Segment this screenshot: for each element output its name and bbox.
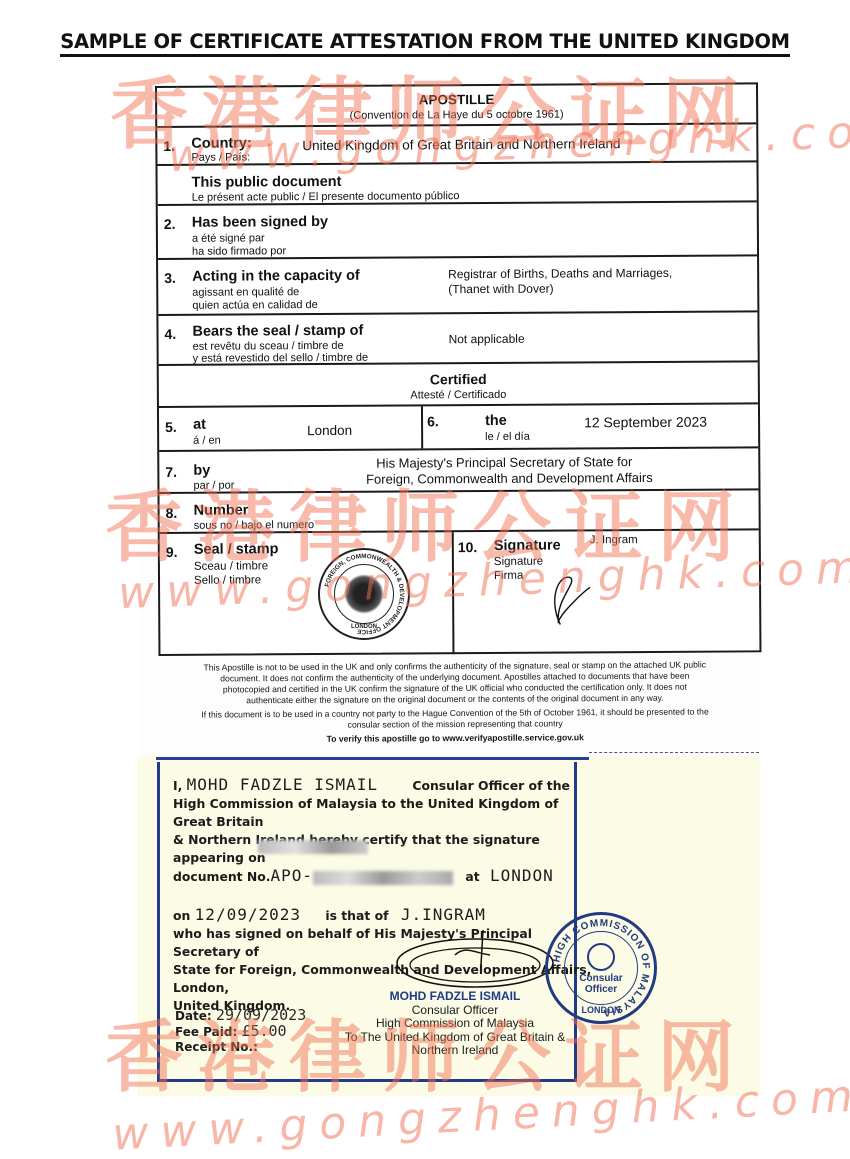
consular-text: & Northern Ireland hereby certify that t… <box>173 831 593 867</box>
signature-icon <box>538 569 598 629</box>
consular-box-top-border <box>156 757 589 760</box>
field-seal-signature: 9. Seal / stamp Sceau / timbre Sello / t… <box>160 530 760 656</box>
date-value: 12 September 2023 <box>584 414 707 431</box>
by-value: His Majesty's Principal Secretary of Sta… <box>339 454 669 471</box>
field-sublabel: ha sido firmado por <box>192 245 286 259</box>
field-sublabel: le / el día <box>485 431 530 444</box>
on-label: on <box>173 908 190 923</box>
document-number-line: document No.APO- at LONDON <box>173 867 593 886</box>
receipt-label: Receipt No.: <box>175 1040 258 1054</box>
date-label: Date: <box>175 1009 212 1023</box>
field-number: 1. <box>163 138 175 154</box>
stamp-organization: High Commission of Malaysia <box>330 1017 580 1031</box>
at-label: at <box>465 869 479 884</box>
date-signer-line: on 12/09/2023 is that of J.INGRAM <box>173 906 593 925</box>
field-number: 2. <box>164 216 176 232</box>
field-sublabel: Le présent acte public / El presente doc… <box>192 190 460 205</box>
page-title: SAMPLE OF CERTIFICATE ATTESTATION FROM T… <box>0 30 850 53</box>
signature-name: J. Ingram <box>590 534 638 546</box>
field-country: 1. Country: Pays / País: United Kingdom … <box>157 124 756 166</box>
svg-text:FOREIGN, COMMONWEALTH & DEVELO: FOREIGN, COMMONWEALTH & DEVELOPMENT OFFI… <box>324 553 405 635</box>
apostille-note-hague: If this document is to be used in a coun… <box>200 706 710 731</box>
stamp-to-2: Northern Ireland <box>330 1044 580 1058</box>
field-number: 4. <box>164 326 176 342</box>
seal-officer: Officer <box>548 984 654 995</box>
field-sublabel: Signature <box>494 556 543 569</box>
field-number: 5. <box>165 419 177 435</box>
field-label: Seal / stamp <box>194 541 279 558</box>
receipt-line: Receipt No.: <box>175 1040 306 1055</box>
is-that-of-label: is that of <box>325 908 388 923</box>
intro-prefix: I, <box>173 778 182 793</box>
svg-text:HIGH COMMISSION OF MALAYSIA: HIGH COMMISSION OF MALAYSIA <box>551 918 651 1018</box>
at-value: London <box>307 423 352 438</box>
field-sublabel: á / en <box>193 435 221 448</box>
apostille-title: APOSTILLE <box>157 90 756 109</box>
field-capacity: 3. Acting in the capacity of agissant en… <box>158 256 757 316</box>
country-value: United Kingdom of Great Britain and Nort… <box>302 136 620 153</box>
seal-middle-text: Consular Officer <box>548 973 654 995</box>
redacted-number <box>313 871 453 885</box>
apostille-notes: This Apostille is not to be used in the … <box>200 659 711 748</box>
field-label: the <box>485 413 507 429</box>
field-number: 9. <box>166 544 178 560</box>
field-label: at <box>193 417 206 433</box>
field-public-document: This public document Le présent acte pub… <box>157 162 756 206</box>
document-no-label: document No. <box>173 869 271 884</box>
field-number: 10. <box>458 539 478 555</box>
stamp-officer-name: MOHD FADZLE ISMAIL <box>330 990 580 1004</box>
field-label: Acting in the capacity of <box>192 268 360 285</box>
seal-of-value: Not applicable <box>449 332 525 346</box>
sheet-edge <box>589 752 759 753</box>
stamp-to: To The United Kingdom of Great Britain & <box>330 1031 580 1045</box>
field-label: Signature <box>494 538 561 554</box>
field-sublabel: par / por <box>193 480 234 493</box>
field-sublabel: Firma <box>494 570 523 583</box>
apostille-form: APOSTILLE (Convention de La Haye du 5 oc… <box>155 82 761 656</box>
field-sublabel: agissant en qualité de <box>192 286 299 300</box>
fee-value: £5.00 <box>241 1022 286 1040</box>
field-at-the: 5. at á / en London 6. the le / el día 1… <box>159 404 758 452</box>
malaysia-high-commission-seal-icon: HIGH COMMISSION OF MALAYSIA LONDON Consu… <box>545 912 657 1024</box>
redacted-number-2 <box>258 840 368 854</box>
field-number: 7. <box>165 464 177 480</box>
field-sublabel: sous no / bajo el numero <box>194 519 315 533</box>
field-number-index: 8. <box>166 505 178 521</box>
consular-officer-stamp: MOHD FADZLE ISMAIL Consular Officer High… <box>330 990 580 1058</box>
by-value-2: Foreign, Commonwealth and Development Af… <box>339 470 679 487</box>
fee-date-block: Date: 29/09/2023 Fee Paid: £5.00 Receipt… <box>175 1008 306 1055</box>
field-sublabel: y está revestido del sello / timbre de <box>193 352 369 366</box>
page-title-text: SAMPLE OF CERTIFICATE ATTESTATION FROM T… <box>60 30 789 57</box>
field-label: This public document <box>192 174 342 191</box>
consular-line-1: I, MOHD FADZLE ISMAIL Consular Officer o… <box>173 776 593 795</box>
field-sublabel: Sceau / timbre <box>194 560 268 573</box>
capacity-value-2: (Thanet with Dover) <box>448 282 553 297</box>
seal-consular: Consular <box>548 973 654 984</box>
field-sublabel: Pays / País: <box>191 151 250 164</box>
certified-section: Certified Attesté / Certificado <box>159 362 758 408</box>
fee-label: Fee Paid: <box>175 1025 237 1039</box>
apostille-note-usage: This Apostille is not to be used in the … <box>200 659 710 706</box>
certified-sublabel: Attesté / Certificado <box>159 387 758 403</box>
field-number: 3. <box>164 270 176 286</box>
field-signed-by: 2. Has been signed by a été signé par ha… <box>158 202 757 260</box>
field-label: Country: <box>191 135 252 151</box>
seal-ring-text: HIGH COMMISSION OF MALAYSIA LONDON <box>548 915 654 1021</box>
seal-ring-text: FOREIGN, COMMONWEALTH & DEVELOPMENT OFFI… <box>318 548 410 640</box>
document-no-value: APO- <box>271 866 314 885</box>
on-date-value: 12/09/2023 <box>195 905 301 924</box>
field-label: Bears the seal / stamp of <box>192 323 363 340</box>
svg-text:LONDON: LONDON <box>582 1005 621 1015</box>
capacity-value: Registrar of Births, Deaths and Marriage… <box>448 266 672 281</box>
svg-text:LONDON: LONDON <box>351 624 377 630</box>
apostille-convention: (Convention de La Haye du 5 octobre 1961… <box>157 107 756 123</box>
field-label: Number <box>194 502 249 518</box>
field-seal-of: 4. Bears the seal / stamp of est revêtu … <box>158 312 757 366</box>
field-sublabel: quien actúa en calidad de <box>192 299 317 313</box>
field-sublabel: a été signé par <box>192 232 265 245</box>
column-divider <box>452 532 455 654</box>
apostille-header: APOSTILLE (Convention de La Haye du 5 oc… <box>157 84 756 128</box>
stamp-officer-title: Consular Officer <box>330 1004 580 1018</box>
column-divider <box>421 406 423 448</box>
signer-value: J.INGRAM <box>401 905 486 924</box>
consular-text: Consular Officer of the <box>412 778 570 793</box>
field-sublabel: Sello / timbre <box>194 574 261 587</box>
fee-line: Fee Paid: £5.00 <box>175 1024 306 1040</box>
certified-label: Certified <box>159 369 758 389</box>
fcdo-seal-icon: FOREIGN, COMMONWEALTH & DEVELOPMENT OFFI… <box>318 548 410 640</box>
at-value: LONDON <box>490 866 554 885</box>
field-label: Has been signed by <box>192 214 328 231</box>
field-by: 7. by par / por His Majesty's Principal … <box>159 448 758 494</box>
apostille-note-verify: To verify this apostille go to www.verif… <box>200 731 710 745</box>
consular-text: High Commission of Malaysia to the Unite… <box>173 795 593 831</box>
field-label: by <box>193 463 210 479</box>
officer-name-handwritten: MOHD FADZLE ISMAIL <box>187 775 378 794</box>
consular-signature-icon <box>395 925 565 995</box>
field-number: 6. <box>427 413 439 429</box>
field-number: 8. Number sous no / bajo el numero <box>159 490 758 534</box>
